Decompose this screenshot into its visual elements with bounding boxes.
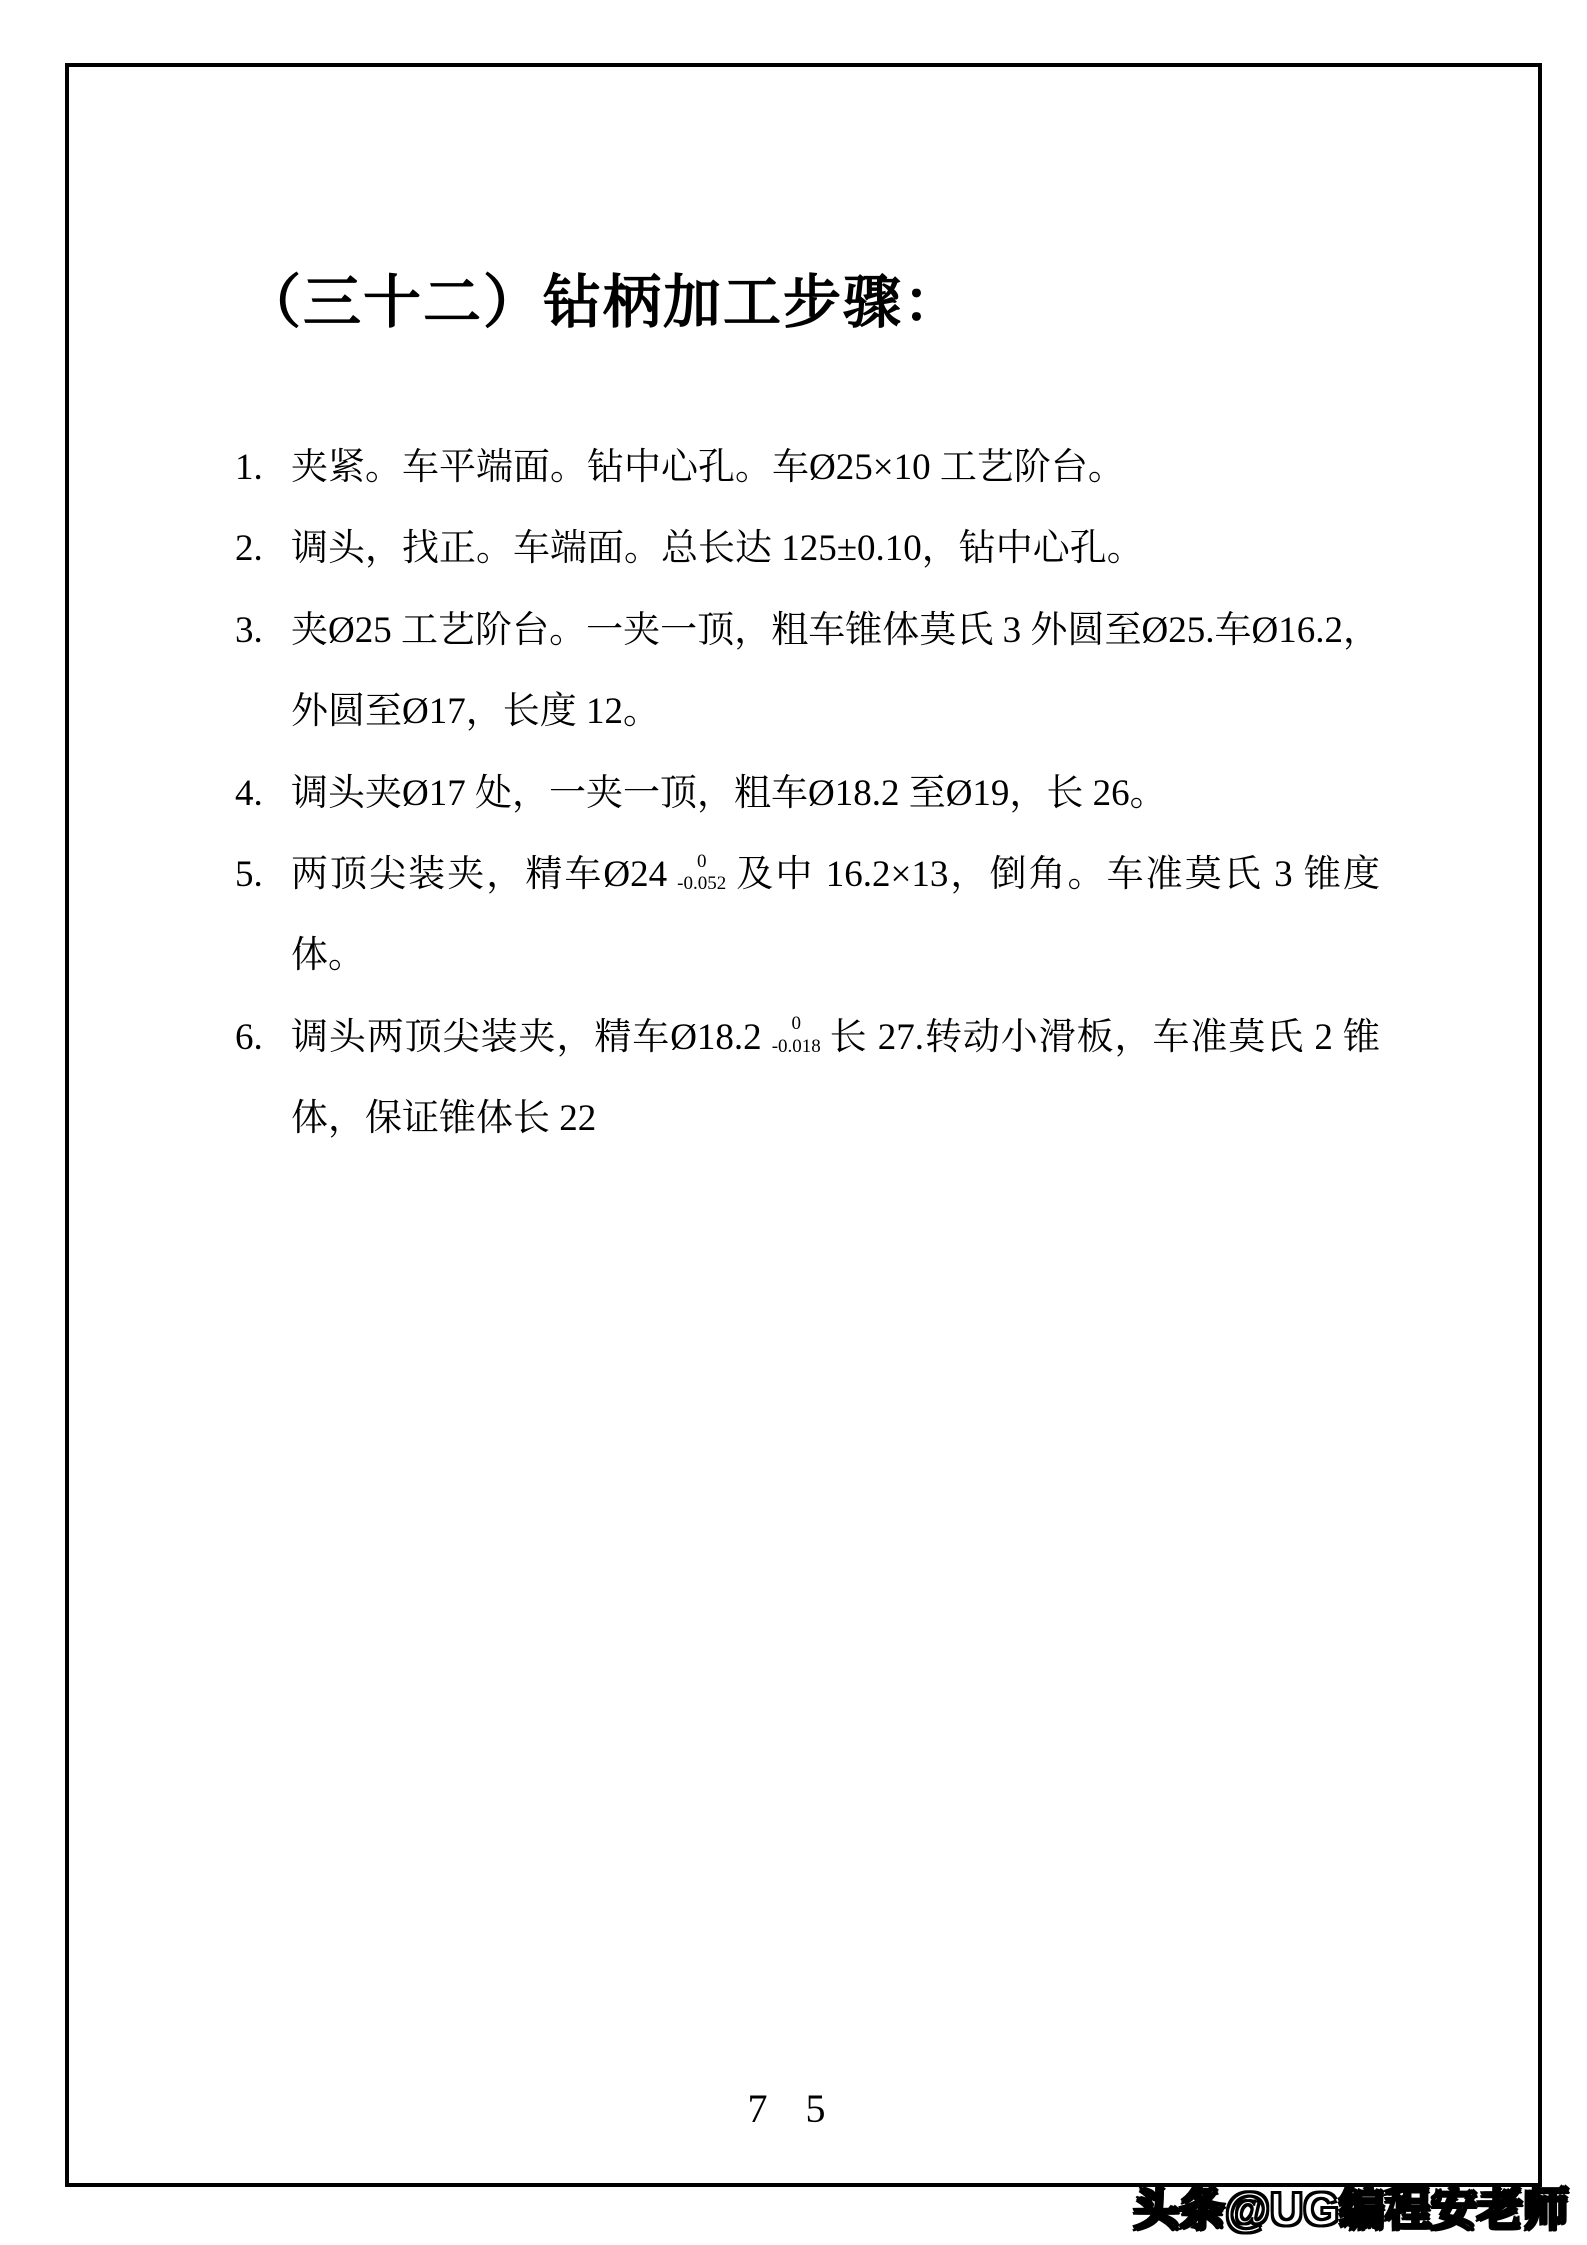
page-number: 7 5 — [0, 2085, 1587, 2132]
step-text: 调头夹Ø17 处，一夹一顶，粗车Ø18.2 至Ø19，长 26。 — [291, 753, 1380, 834]
watermark: 头条@UG编程安老师 — [1133, 2173, 1569, 2239]
document-page: （三十二）钻柄加工步骤： 1.夹紧。车平端面。钻中心孔。车Ø25×10 工艺阶台… — [0, 0, 1587, 2245]
tolerance-lower: -0.052 — [677, 873, 726, 896]
step-number: 3. — [235, 590, 291, 671]
step-number: 1. — [235, 427, 291, 508]
step-text: 调头，找正。车端面。总长达 125±0.10，钻中心孔。 — [291, 508, 1380, 589]
text-segment: 夹Ø25 工艺阶台。一夹一顶，粗车锥体莫氏 3 外圆至Ø25.车Ø16.2，外圆… — [291, 610, 1380, 732]
list-item: 2.调头，找正。车端面。总长达 125±0.10，钻中心孔。 — [235, 508, 1380, 589]
steps-list: 1.夹紧。车平端面。钻中心孔。车Ø25×10 工艺阶台。2.调头，找正。车端面。… — [235, 427, 1380, 1160]
text-segment: 两顶尖装夹，精车Ø24 — [291, 854, 667, 895]
list-item: 5.两顶尖装夹，精车Ø240-0.052及中 16.2×13，倒角。车准莫氏 3… — [235, 834, 1380, 997]
tolerance-stack: 0-0.018 — [772, 1013, 821, 1059]
step-number: 6. — [235, 997, 291, 1078]
text-segment: 夹紧。车平端面。钻中心孔。车Ø25×10 工艺阶台。 — [291, 447, 1125, 488]
tolerance-upper: 0 — [697, 851, 707, 874]
step-number: 5. — [235, 834, 291, 915]
tolerance-upper: 0 — [791, 1013, 801, 1036]
tolerance-stack: 0-0.052 — [677, 851, 726, 897]
step-text: 夹紧。车平端面。钻中心孔。车Ø25×10 工艺阶台。 — [291, 427, 1380, 508]
step-text: 调头两顶尖装夹，精车Ø18.20-0.018长 27.转动小滑板，车准莫氏 2 … — [291, 997, 1380, 1160]
page-title: （三十二）钻柄加工步骤： — [243, 255, 1380, 339]
text-segment: 调头，找正。车端面。总长达 125±0.10，钻中心孔。 — [291, 528, 1144, 569]
step-text: 夹Ø25 工艺阶台。一夹一顶，粗车锥体莫氏 3 外圆至Ø25.车Ø16.2，外圆… — [291, 590, 1380, 753]
list-item: 4.调头夹Ø17 处，一夹一顶，粗车Ø18.2 至Ø19，长 26。 — [235, 753, 1380, 834]
text-segment: 调头夹Ø17 处，一夹一顶，粗车Ø18.2 至Ø19，长 26。 — [291, 773, 1167, 814]
list-item: 1.夹紧。车平端面。钻中心孔。车Ø25×10 工艺阶台。 — [235, 427, 1380, 508]
step-text: 两顶尖装夹，精车Ø240-0.052及中 16.2×13，倒角。车准莫氏 3 锥… — [291, 834, 1380, 997]
step-number: 2. — [235, 508, 291, 589]
page-content: （三十二）钻柄加工步骤： 1.夹紧。车平端面。钻中心孔。车Ø25×10 工艺阶台… — [235, 255, 1380, 1160]
list-item: 6.调头两顶尖装夹，精车Ø18.20-0.018长 27.转动小滑板，车准莫氏 … — [235, 997, 1380, 1160]
step-number: 4. — [235, 753, 291, 834]
text-segment: 调头两顶尖装夹，精车Ø18.2 — [291, 1017, 762, 1058]
list-item: 3.夹Ø25 工艺阶台。一夹一顶，粗车锥体莫氏 3 外圆至Ø25.车Ø16.2，… — [235, 590, 1380, 753]
tolerance-lower: -0.018 — [772, 1036, 821, 1059]
